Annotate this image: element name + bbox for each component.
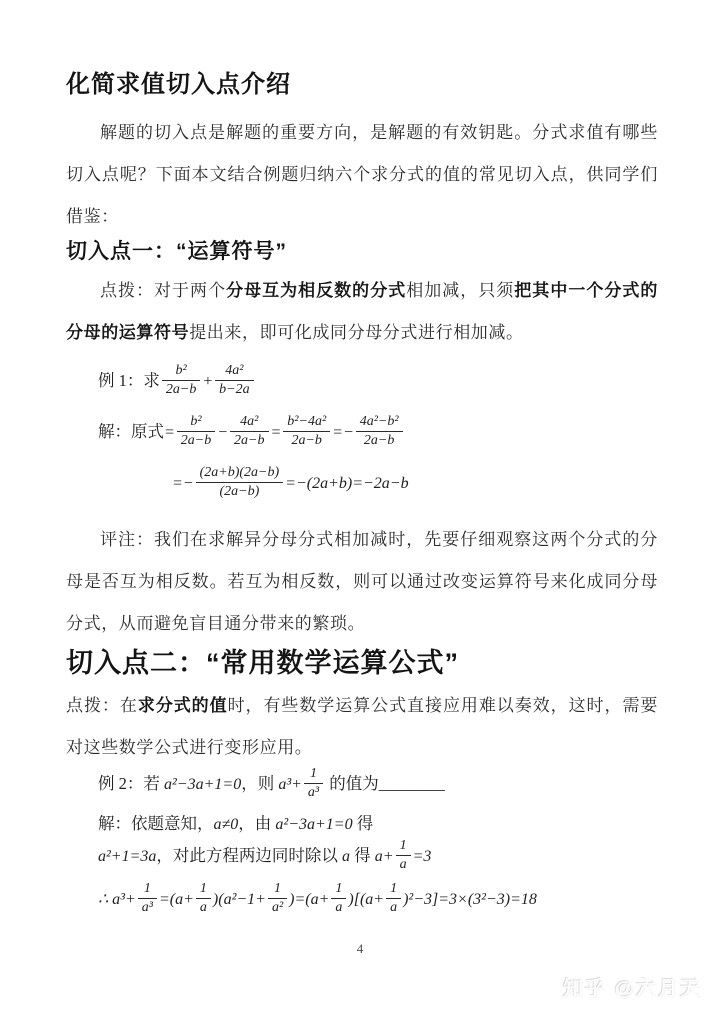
fraction: 4a²2a−b (230, 413, 268, 450)
fraction: 1a² (268, 880, 287, 917)
text-token: 得 (353, 814, 374, 833)
fraction-numerator: 4a² (215, 362, 253, 380)
text-token: 解：依题意知， (98, 814, 214, 833)
fraction-denominator: a² (268, 898, 287, 917)
math-token: a (342, 848, 350, 865)
math-token: =3 (413, 848, 432, 865)
example2-solution-line1: 解：依题意知，a≠0，由 a²−3a+1=0 得 (66, 812, 658, 837)
fraction-numerator: 4a² (230, 413, 268, 431)
section1-comment-paragraph: 评注：我们在求解异分母分式相加减时，先要仔细观察这两个分式的分母是否互为相反数。… (66, 519, 658, 645)
fraction: 1a³ (138, 880, 157, 917)
document-content: 化简求值切入点介绍 解题的切入点是解题的重要方向，是解题的有效钥匙。分式求值有哪… (0, 0, 720, 919)
example2-solution-line2: a²+1=3a，对此方程两边同时除以 a 得 a+1a=3 (66, 839, 658, 876)
math-token: a≠0 (214, 816, 239, 833)
fraction-denominator: 2a−b (283, 431, 330, 450)
fraction-numerator: 1 (196, 880, 211, 898)
math-token: a²+1=3a (98, 848, 156, 865)
example1-solution-line2: =−(2a+b)(2a−b)(2a−b)=−(2a+b)=−2a−b (66, 466, 658, 503)
fraction-denominator: a (196, 898, 211, 917)
fraction: 4a²b−2a (215, 362, 253, 399)
text-run: 提出来，即可化成同分母分式进行相加减。 (189, 323, 523, 342)
math-token: =− (332, 424, 354, 441)
fraction-denominator: a³ (138, 898, 157, 917)
intro-paragraph: 解题的切入点是解题的重要方向，是解题的有效钥匙。分式求值有哪些切入点呢？下面本文… (66, 112, 658, 238)
fraction-denominator: 2a−b (177, 431, 215, 450)
text-run: 点拨：对于两个 (100, 281, 226, 300)
document-page: 化简求值切入点介绍 解题的切入点是解题的重要方向，是解题的有效钥匙。分式求值有哪… (0, 0, 720, 1019)
text-token: 得 (350, 846, 375, 865)
fraction-numerator: 1 (396, 837, 411, 855)
emphasis-text: 分母互为相反数的分式 (226, 281, 406, 300)
text-token: 解：原式 (98, 422, 164, 441)
section1-hint-paragraph: 点拨：对于两个分母互为相反数的分式相加减，只须把其中一个分式的分母的运算符号提出… (66, 270, 658, 354)
example1-problem: 例 1：求b²2a−b+4a²b−2a (66, 364, 658, 401)
math-token: a³+ (278, 776, 302, 793)
fraction-denominator: 2a−b (162, 380, 200, 399)
fraction-denominator: b−2a (215, 380, 253, 399)
fraction-numerator: b² (162, 362, 200, 380)
math-token: a+ (375, 848, 394, 865)
math-token: a²−3a+1=0 (275, 816, 352, 833)
document-title: 化简求值切入点介绍 (66, 70, 658, 100)
fraction-denominator: (2a−b) (196, 482, 284, 501)
fraction: 1a (386, 880, 401, 917)
math-token: =− (172, 475, 194, 492)
section2-hint-paragraph: 点拨：在求分式的值时，有些数学运算公式直接应用难以奏效，这时，需要对这些数学公式… (66, 685, 658, 769)
fraction-numerator: 1 (268, 880, 287, 898)
example2-solution-line3: ∴ a³+1a³=(a+1a)(a²−1+1a²)=(a+1a)[(a+1a)²… (66, 882, 658, 919)
text-token: 例 2：若 (98, 774, 164, 793)
text-token: ，由 (238, 814, 275, 833)
text-run: 相加减，只须 (406, 281, 514, 300)
math-token: )²−3]=3×(3²−3)=18 (403, 891, 537, 908)
text-token: 的值为 (325, 774, 379, 793)
fraction-numerator: 4a²−b² (356, 413, 403, 431)
example1-solution-line1: 解：原式=b²2a−b−4a²2a−b=b²−4a²2a−b=−4a²−b²2a… (66, 415, 658, 452)
section1-heading: 切入点一：“运算符号” (66, 238, 658, 266)
math-token: )(a²−1+ (213, 891, 266, 908)
fraction: 1a (396, 837, 411, 874)
fraction-numerator: 1 (138, 880, 157, 898)
example2-problem: 例 2：若 a²−3a+1=0，则 a³+1a³ 的值为________ (66, 767, 658, 804)
text-token: ，对此方程两边同时除以 (156, 846, 342, 865)
text-run: 点拨：在 (66, 696, 138, 715)
fraction-numerator: b²−4a² (283, 413, 330, 431)
fraction-denominator: 2a−b (230, 431, 268, 450)
page-number: 4 (0, 941, 720, 957)
fraction: 1a³ (304, 765, 323, 802)
math-token: − (217, 424, 228, 441)
text-token: ，则 (241, 774, 278, 793)
fraction-numerator: 1 (331, 880, 346, 898)
fraction: b²2a−b (162, 362, 200, 399)
math-token: ∴ a³+ (98, 891, 136, 908)
fraction-denominator: a (386, 898, 401, 917)
math-token: a²−3a+1=0 (164, 776, 241, 793)
math-token: )[(a+ (348, 891, 384, 908)
watermark: 知乎 @六月天 (563, 972, 702, 1001)
math-token: =(a+ (159, 891, 194, 908)
fraction: 4a²−b²2a−b (356, 413, 403, 450)
section2-heading: 切入点二：“常用数学运算公式” (66, 645, 658, 681)
fraction: b²2a−b (177, 413, 215, 450)
math-token: =−(2a+b)=−2a−b (285, 475, 408, 492)
fraction-denominator: a (331, 898, 346, 917)
fraction: 1a (331, 880, 346, 917)
math-token: = (164, 424, 175, 441)
emphasis-text: 求分式的值 (138, 696, 228, 715)
fraction-numerator: b² (177, 413, 215, 431)
text-token: ________ (379, 774, 445, 793)
fraction-denominator: a³ (304, 783, 323, 802)
fraction: 1a (196, 880, 211, 917)
fraction-numerator: (2a+b)(2a−b) (196, 464, 284, 482)
math-token: )=(a+ (289, 891, 329, 908)
fraction-denominator: a (396, 855, 411, 874)
fraction-numerator: 1 (386, 880, 401, 898)
fraction: b²−4a²2a−b (283, 413, 330, 450)
fraction-numerator: 1 (304, 765, 323, 783)
fraction-denominator: 2a−b (356, 431, 403, 450)
math-token: + (202, 373, 213, 390)
math-token: = (271, 424, 282, 441)
fraction: (2a+b)(2a−b)(2a−b) (196, 464, 284, 501)
text-token: 例 1：求 (98, 371, 160, 390)
